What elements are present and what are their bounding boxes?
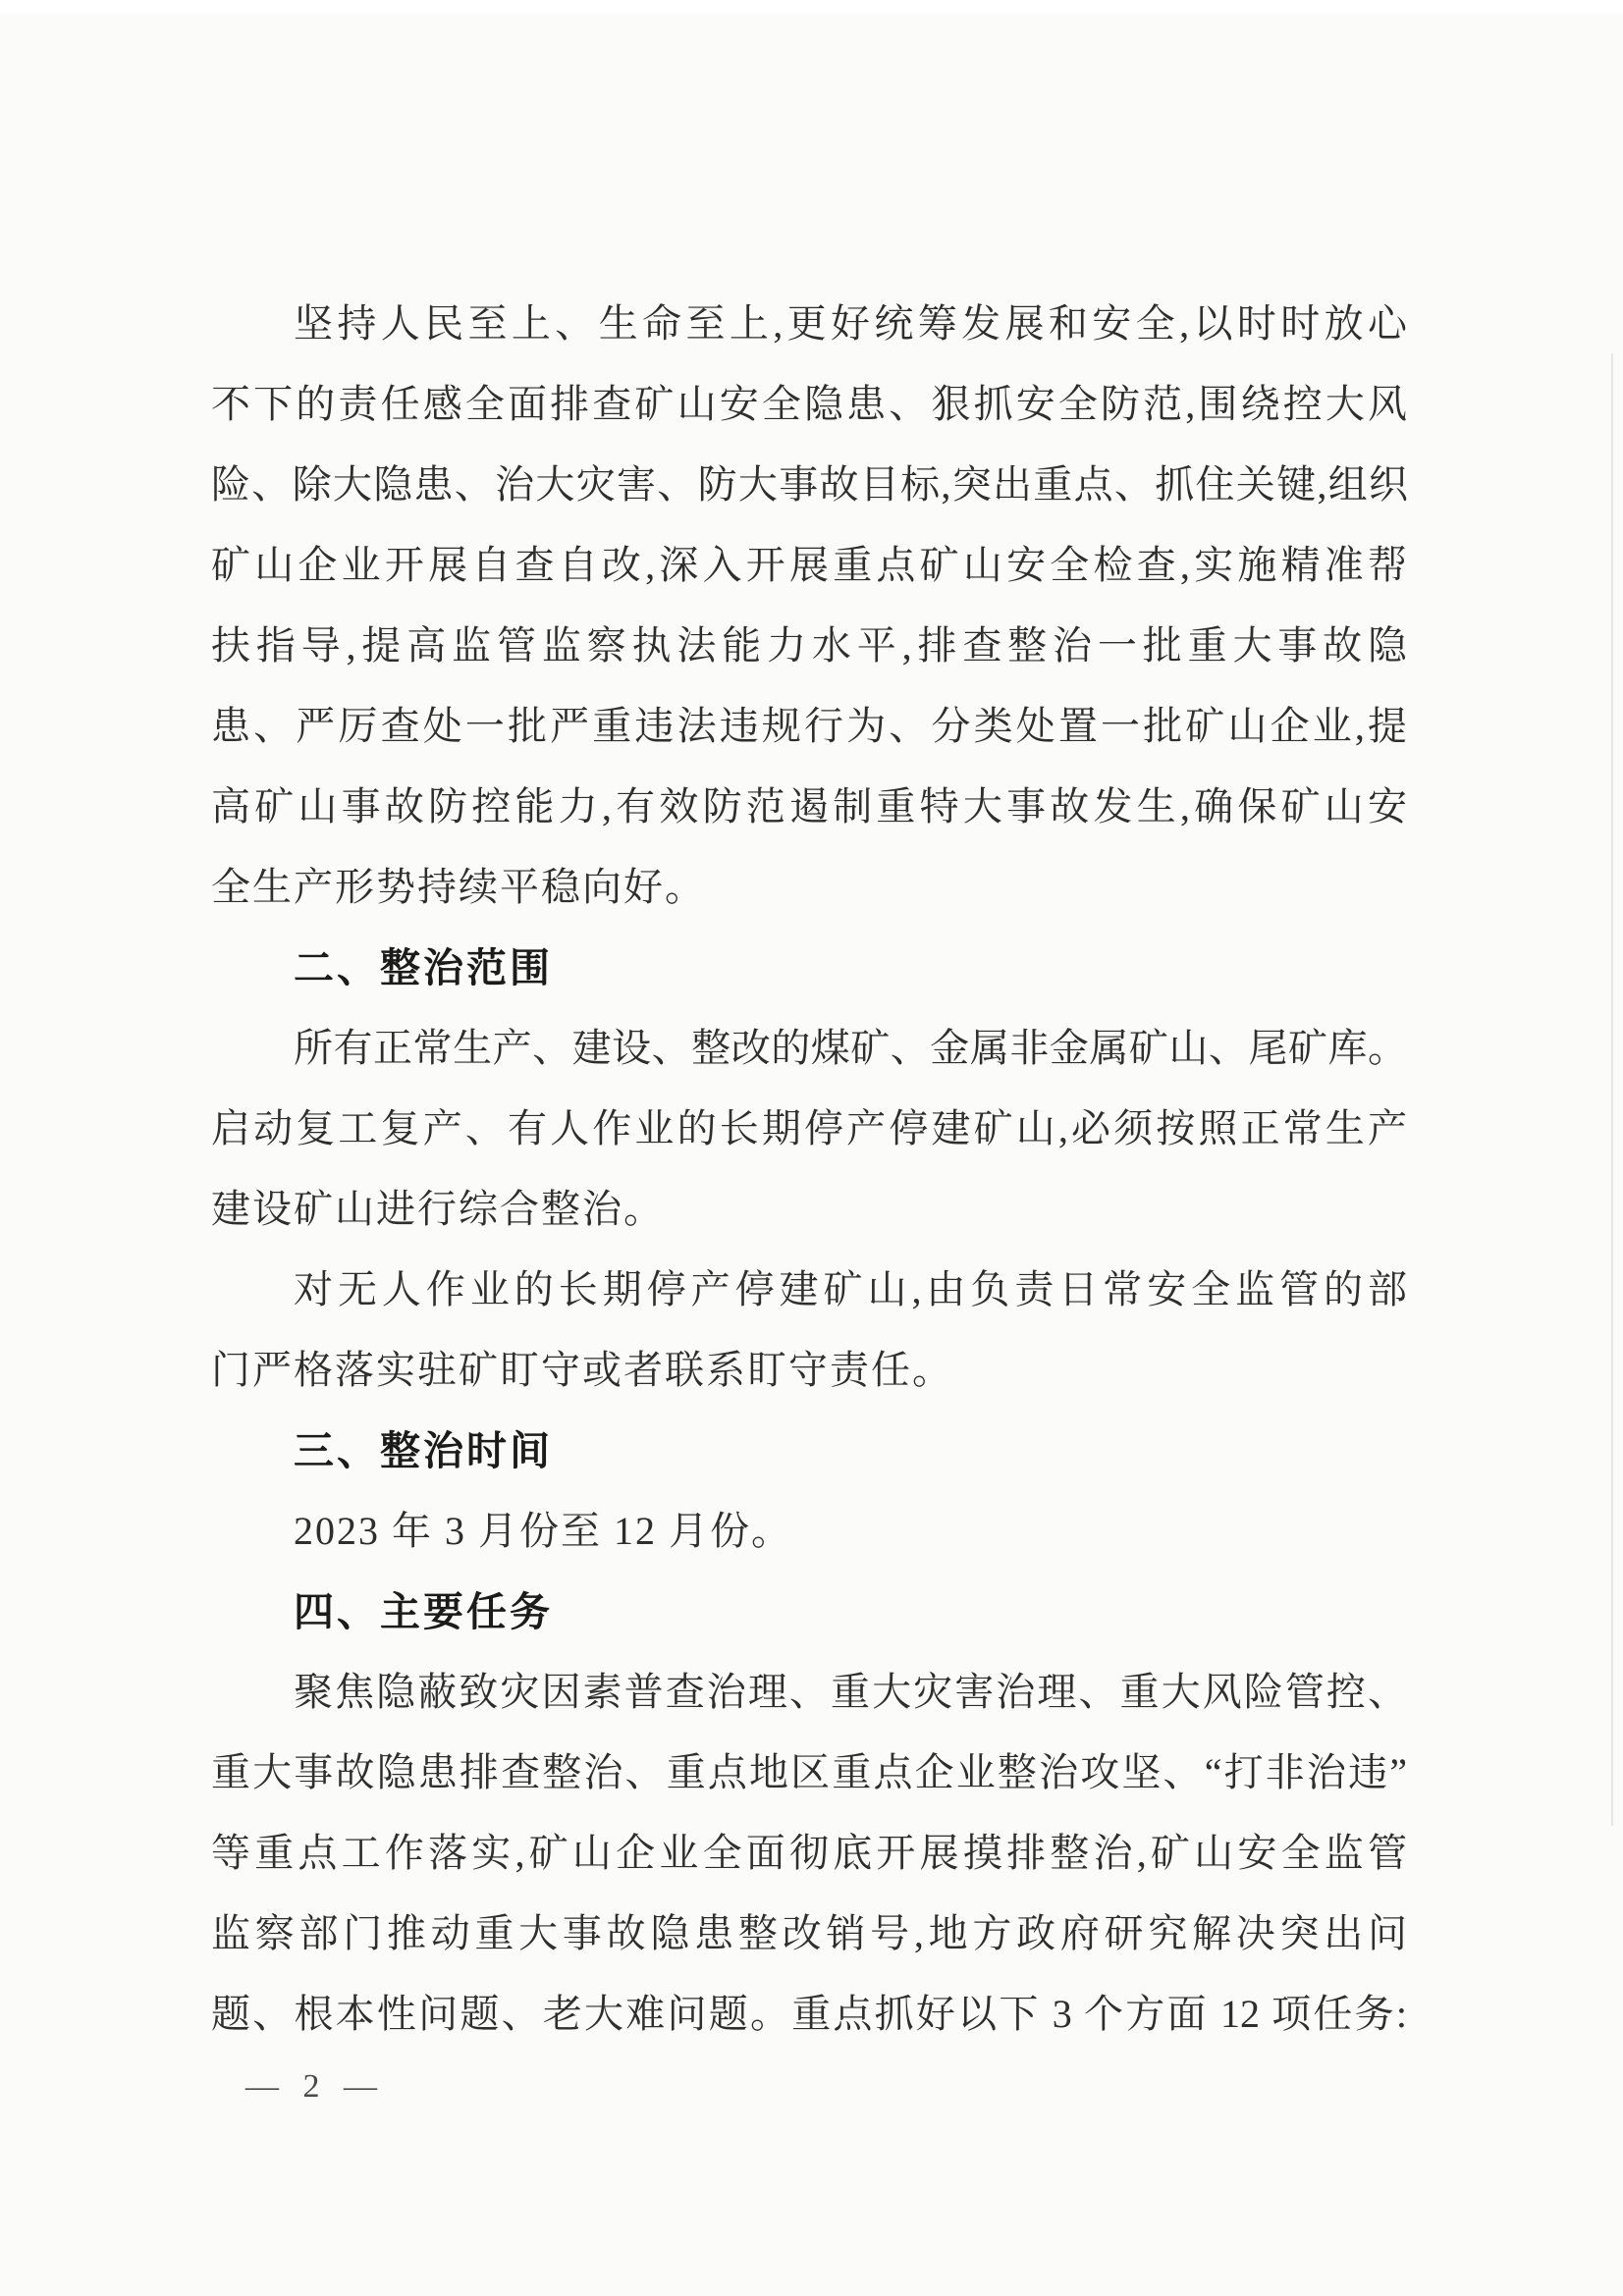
- text-line: 险、除大隐患、治大灾害、防大事故目标,突出重点、抓住关键,组织: [211, 445, 1407, 525]
- text-line: 启动复工复产、有人作业的长期停产停建矿山,必须按照正常生产: [211, 1089, 1407, 1169]
- page-number: — 2 —: [245, 2057, 385, 2116]
- text-line: 重大事故隐患排查整治、重点地区重点企业整治攻坚、“打非治违”: [211, 1733, 1407, 1813]
- text-line: 坚持人民至上、生命至上,更好统筹发展和安全,以时时放心: [211, 284, 1407, 364]
- text-line: 题、根本性问题、老大难问题。重点抓好以下 3 个方面 12 项任务:: [211, 1974, 1407, 2055]
- text-line: 高矿山事故防控能力,有效防范遏制重特大事故发生,确保矿山安: [211, 767, 1407, 847]
- text-line: 扶指导,提高监管监察执法能力水平,排查整治一批重大事故隐: [211, 606, 1407, 686]
- section-heading-tasks: 四、主要任务: [211, 1572, 1407, 1652]
- text-line: 门严格落实驻矿盯守或者联系盯守责任。: [211, 1330, 1407, 1411]
- text-line: 2023 年 3 月份至 12 月份。: [211, 1491, 1407, 1572]
- text-line: 等重点工作落实,矿山企业全面彻底开展摸排整治,矿山安全监管: [211, 1813, 1407, 1894]
- text-line: 患、严厉查处一批严重违法违规行为、分类处置一批矿山企业,提: [211, 686, 1407, 767]
- text-line: 不下的责任感全面排查矿山安全隐患、狠抓安全防范,围绕控大风: [211, 364, 1407, 445]
- section-heading-scope: 二、整治范围: [211, 928, 1407, 1008]
- text-line: 对无人作业的长期停产停建矿山,由负责日常安全监管的部: [211, 1250, 1407, 1330]
- section-heading-time: 三、整治时间: [211, 1411, 1407, 1491]
- scan-top-strip: [0, 0, 1623, 14]
- scan-right-edge-artifact: [1611, 353, 1613, 1826]
- text-line: 监察部门推动重大事故隐患整改销号,地方政府研究解决突出问: [211, 1894, 1407, 1974]
- document-page: 坚持人民至上、生命至上,更好统筹发展和安全,以时时放心 不下的责任感全面排查矿山…: [0, 0, 1623, 2296]
- text-line: 所有正常生产、建设、整改的煤矿、金属非金属矿山、尾矿库。: [211, 1008, 1407, 1089]
- text-line: 聚焦隐蔽致灾因素普查治理、重大灾害治理、重大风险管控、: [211, 1652, 1407, 1733]
- text-line: 全生产形势持续平稳向好。: [211, 847, 1407, 928]
- text-line: 矿山企业开展自查自改,深入开展重点矿山安全检查,实施精准帮: [211, 525, 1407, 606]
- document-body: 坚持人民至上、生命至上,更好统筹发展和安全,以时时放心 不下的责任感全面排查矿山…: [211, 284, 1407, 2055]
- text-line: 建设矿山进行综合整治。: [211, 1169, 1407, 1250]
